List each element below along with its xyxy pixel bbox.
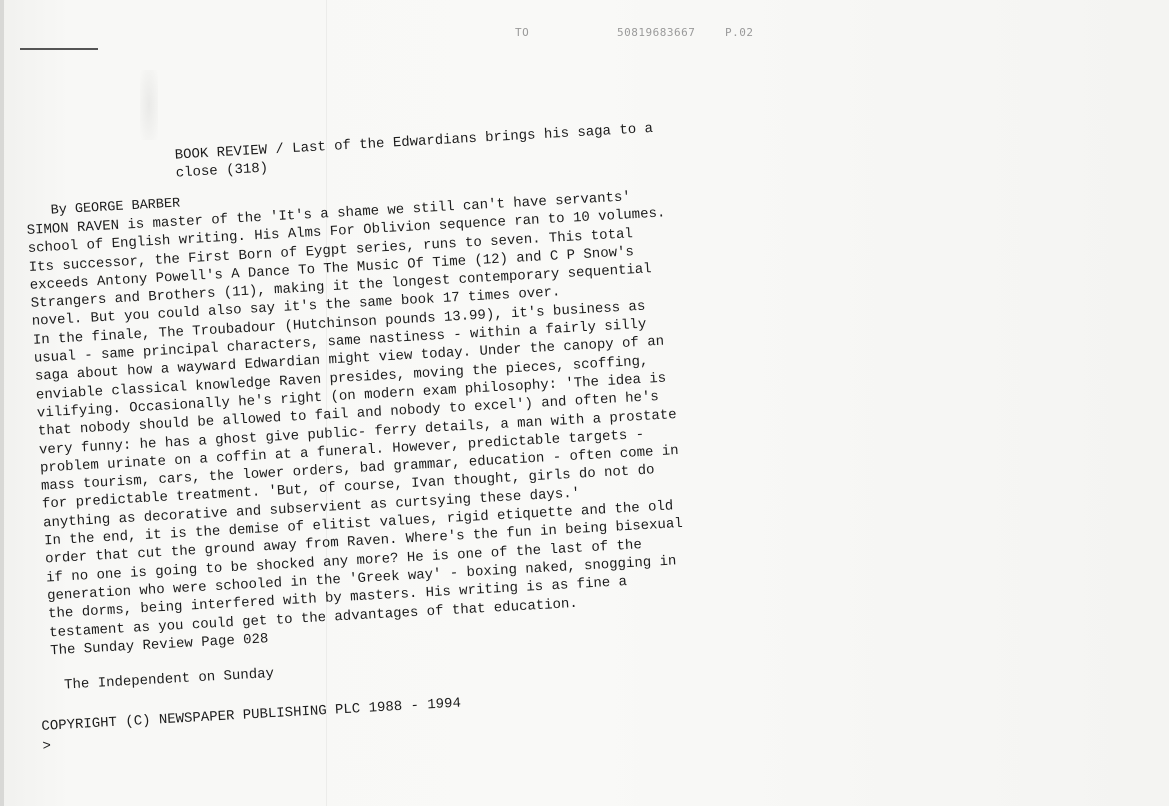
scan-smudge [140,70,158,140]
page-edge [0,0,4,806]
terminal-prompt: > [42,739,51,755]
article-body: SIMON RAVEN is master of the 'It's a sha… [26,186,688,660]
scanned-page: TO 50819683667 P.02 BOOK REVIEW / Last o… [0,0,1169,806]
margin-mark [20,48,98,50]
fax-to-label: TO [515,26,529,39]
copyright-notice: COPYRIGHT (C) NEWSPAPER PUBLISHING PLC 1… [41,696,461,735]
publication-name: The Independent on Sunday [64,666,275,694]
fax-number: 50819683667 [617,26,695,39]
fax-page-number: P.02 [725,26,754,39]
headline: BOOK REVIEW / Last of the Edwardians bri… [174,120,654,183]
